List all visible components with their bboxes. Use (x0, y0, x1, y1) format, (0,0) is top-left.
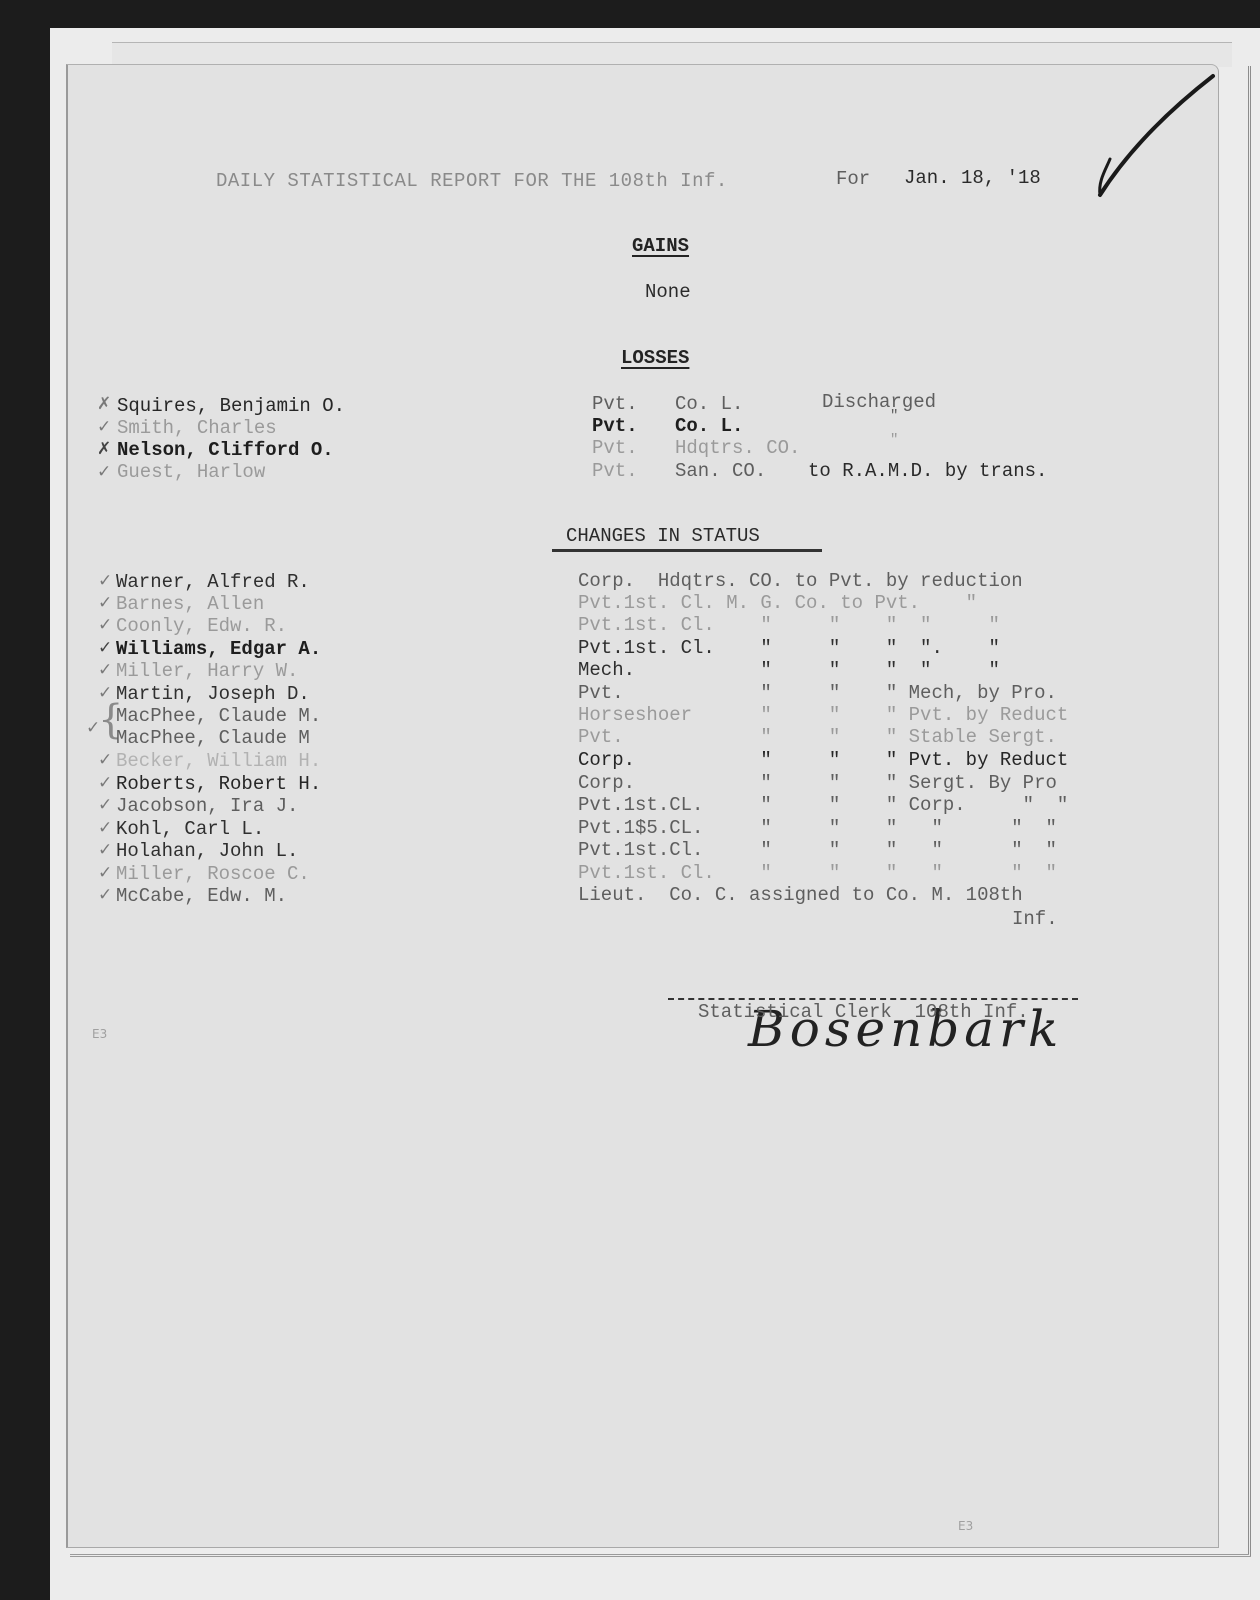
change-name: Williams, Edgar A. (116, 638, 321, 660)
loss-unit: Co. L. (675, 393, 743, 415)
signature-caption: Statistical Clerk 108th Inf. (698, 1001, 1029, 1023)
change-detail: Pvt. " " " Stable Sergt. (578, 726, 1057, 748)
changes-heading: CHANGES IN STATUS (566, 525, 760, 547)
gains-value: None (645, 281, 691, 303)
loss-action: " (890, 405, 898, 427)
change-detail: Corp. " " " Sergt. By Pro (578, 772, 1057, 794)
loss-name: Smith, Charles (117, 417, 277, 439)
loss-name: Squires, Benjamin O. (117, 395, 345, 417)
check-mark-icon: ✓ (98, 637, 112, 659)
loss-name: Nelson, Clifford O. (117, 439, 334, 461)
change-detail: Corp. " " " Pvt. by Reduct (578, 749, 1068, 771)
change-detail: Pvt.1st. Cl. " " " " " " (578, 862, 1057, 884)
check-mark-icon: ✓ (98, 570, 112, 592)
loss-rank: Pvt. (592, 415, 638, 437)
change-name: Roberts, Robert H. (116, 773, 321, 795)
change-continuation: Inf. (1012, 908, 1058, 930)
change-name: MacPhee, Claude M (116, 727, 310, 749)
change-detail: Pvt.1$5.CL. " " " " " " (578, 817, 1057, 839)
check-mark-icon: ✓ (86, 717, 100, 739)
change-name: Kohl, Carl L. (116, 818, 264, 840)
change-detail: Mech. " " " " " (578, 659, 1000, 681)
loss-action: " (890, 429, 898, 451)
approval-check-icon (1088, 71, 1218, 201)
change-name: Holahan, John L. (116, 840, 298, 862)
loss-rank: Pvt. (592, 460, 638, 482)
change-name: MacPhee, Claude M. (116, 705, 321, 727)
report-title: DAILY STATISTICAL REPORT FOR THE 108th I… (216, 170, 728, 192)
change-name: Jacobson, Ira J. (116, 795, 298, 817)
gains-heading: GAINS (632, 235, 689, 257)
check-mark-icon: ✓ (98, 884, 112, 906)
report-date: Jan. 18, '18 (904, 167, 1041, 189)
change-name: Warner, Alfred R. (116, 571, 310, 593)
archive-stamp: E3 (92, 1027, 107, 1041)
check-mark-icon: ✓ (98, 839, 112, 861)
cross-mark-icon: ✗ (97, 393, 111, 415)
change-name: Coonly, Edw. R. (116, 615, 287, 637)
change-detail: Horseshoer " " " Pvt. by Reduct (578, 704, 1068, 726)
check-mark-icon: ✓ (98, 614, 112, 636)
change-detail: Pvt. " " " Mech, by Pro. (578, 682, 1057, 704)
change-detail: Pvt.1st. Cl. " " " ". " (578, 637, 1000, 659)
change-detail: Pvt.1st.CL. " " " Corp. " " (578, 794, 1068, 816)
change-name: Becker, William H. (116, 750, 321, 772)
change-detail: Pvt.1st.Cl. " " " " " " (578, 839, 1057, 861)
change-detail: Lieut. Co. C. assigned to Co. M. 108th (578, 884, 1023, 906)
archive-stamp: E3 (958, 1519, 973, 1533)
losses-heading: LOSSES (621, 347, 689, 369)
change-name: Martin, Joseph D. (116, 683, 310, 705)
loss-rank: Pvt. (592, 393, 638, 415)
change-detail: Pvt.1st. Cl. " " " " " (578, 614, 1000, 636)
check-mark-icon: ✓ (98, 772, 112, 794)
signature-line (668, 998, 1078, 1000)
change-detail: Pvt.1st. Cl. M. G. Co. to Pvt. " (578, 592, 977, 614)
loss-name: Guest, Harlow (117, 461, 265, 483)
change-name: Miller, Harry W. (116, 660, 298, 682)
loss-unit: San. CO. (675, 460, 766, 482)
check-mark-icon: ✓ (98, 817, 112, 839)
check-mark-icon: ✓ (97, 461, 111, 483)
check-mark-icon: ✓ (98, 659, 112, 681)
change-name: McCabe, Edw. M. (116, 885, 287, 907)
loss-action: Discharged (822, 391, 936, 413)
check-mark-icon: ✓ (98, 862, 112, 884)
check-mark-icon: ✓ (98, 592, 112, 614)
loss-unit: Co. L. (675, 415, 743, 437)
loss-unit: Hdqtrs. CO. (675, 437, 800, 459)
change-name: Miller, Roscoe C. (116, 863, 310, 885)
change-detail: Corp. Hdqtrs. CO. to Pvt. by reduction (578, 570, 1023, 592)
check-mark-icon: ✓ (97, 416, 111, 438)
report-title-for: For (836, 168, 870, 190)
loss-rank: Pvt. (592, 437, 638, 459)
cross-mark-icon: ✗ (97, 438, 111, 460)
loss-action: to R.A.M.D. by trans. (808, 460, 1047, 482)
check-mark-icon: ✓ (98, 794, 112, 816)
document-page: DAILY STATISTICAL REPORT FOR THE 108th I… (66, 64, 1219, 1548)
check-mark-icon: ✓ (98, 749, 112, 771)
change-name: Barnes, Allen (116, 593, 264, 615)
changes-heading-underline (552, 549, 822, 552)
